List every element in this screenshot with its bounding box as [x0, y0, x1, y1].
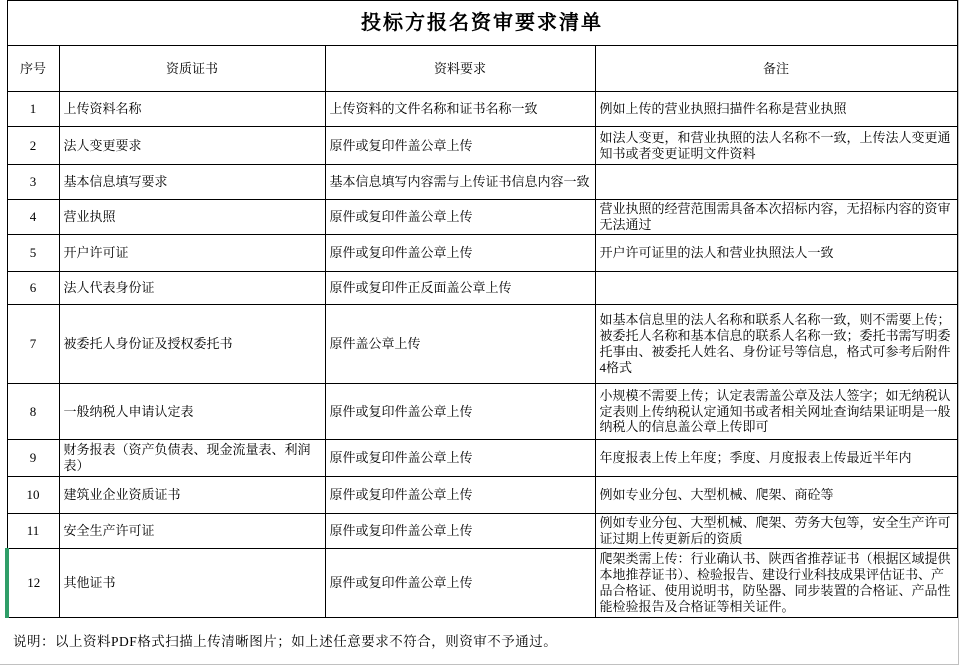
cert-cell: 营业执照 — [59, 200, 325, 235]
cert-cell: 法人变更要求 — [59, 127, 325, 165]
note-cell: 爬架类需上传：行业确认书、陕西省推荐证书（根据区域提供本地推荐证书）、检验报告、… — [595, 548, 957, 617]
row-no-cell: 11 — [7, 514, 59, 549]
table-row: 10建筑业企业资质证书原件或复印件盖公章上传例如专业分包、大型机械、爬架、商砼等 — [7, 477, 957, 514]
cert-cell: 一般纳税人申请认定表 — [59, 384, 325, 440]
cert-cell: 开户许可证 — [59, 235, 325, 272]
cert-cell: 基本信息填写要求 — [59, 165, 325, 200]
column-header-no: 序号 — [7, 46, 59, 92]
note-cell: 例如专业分包、大型机械、爬架、劳务大包等，安全生产许可证过期上传更新后的资质 — [595, 514, 957, 549]
row-no-cell: 7 — [7, 305, 59, 384]
table-row: 4营业执照原件或复印件盖公章上传营业执照的经营范围需具备本次招标内容，无招标内容… — [7, 200, 957, 235]
table-row: 2法人变更要求原件或复印件盖公章上传如法人变更，和营业执照的法人名称不一致，上传… — [7, 127, 957, 165]
row-no-cell: 2 — [7, 127, 59, 165]
requirements-table: 投标方报名资审要求清单 序号 资质证书 资料要求 备注 1上传资料名称上传资料的… — [5, 0, 958, 618]
table-row: 11安全生产许可证原件或复印件盖公章上传例如专业分包、大型机械、爬架、劳务大包等… — [7, 514, 957, 549]
requirement-cell: 原件或复印件盖公章上传 — [325, 548, 595, 617]
requirements-table-body: 1上传资料名称上传资料的文件名称和证书名称一致例如上传的营业执照扫描件名称是营业… — [7, 92, 957, 618]
table-row: 1上传资料名称上传资料的文件名称和证书名称一致例如上传的营业执照扫描件名称是营业… — [7, 92, 957, 127]
table-row: 7被委托人身份证及授权委托书原件盖公章上传如基本信息里的法人名称和联系人名称一致… — [7, 305, 957, 384]
table-row: 6法人代表身份证原件或复印件正反面盖公章上传 — [7, 272, 957, 305]
row-no-cell: 10 — [7, 477, 59, 514]
row-no-cell: 6 — [7, 272, 59, 305]
note-cell: 营业执照的经营范围需具备本次招标内容，无招标内容的资审无法通过 — [595, 200, 957, 235]
requirement-cell: 原件或复印件盖公章上传 — [325, 477, 595, 514]
table-row: 8一般纳税人申请认定表原件或复印件盖公章上传小规模不需要上传；认定表需盖公章及法… — [7, 384, 957, 440]
column-header-cert: 资质证书 — [59, 46, 325, 92]
row-no-cell: 8 — [7, 384, 59, 440]
row-no-cell: 4 — [7, 200, 59, 235]
row-no-cell: 5 — [7, 235, 59, 272]
requirement-cell: 基本信息填写内容需与上传证书信息内容一致 — [325, 165, 595, 200]
note-cell: 如法人变更，和营业执照的法人名称不一致，上传法人变更通知书或者变更证明文件资料 — [595, 127, 957, 165]
row-no-cell: 1 — [7, 92, 59, 127]
sheet: 投标方报名资审要求清单 序号 资质证书 资料要求 备注 1上传资料名称上传资料的… — [0, 0, 958, 650]
requirement-cell: 原件或复印件正反面盖公章上传 — [325, 272, 595, 305]
requirement-cell: 原件或复印件盖公章上传 — [325, 127, 595, 165]
cert-cell: 建筑业企业资质证书 — [59, 477, 325, 514]
header-row: 序号 资质证书 资料要求 备注 — [7, 46, 957, 92]
note-cell: 小规模不需要上传；认定表需盖公章及法人签字；如无纳税认定表则上传纳税认定通知书或… — [595, 384, 957, 440]
row-no-cell: 3 — [7, 165, 59, 200]
cert-cell: 被委托人身份证及授权委托书 — [59, 305, 325, 384]
cert-cell: 安全生产许可证 — [59, 514, 325, 549]
requirement-cell: 原件或复印件盖公章上传 — [325, 384, 595, 440]
table-row: 5开户许可证原件或复印件盖公章上传开户许可证里的法人和营业执照法人一致 — [7, 235, 957, 272]
requirement-cell: 原件或复印件盖公章上传 — [325, 200, 595, 235]
cert-cell: 其他证书 — [59, 548, 325, 617]
requirement-cell: 原件或复印件盖公章上传 — [325, 235, 595, 272]
row-no-cell: 9 — [7, 440, 59, 477]
note-cell: 开户许可证里的法人和营业执照法人一致 — [595, 235, 957, 272]
requirement-cell: 原件盖公章上传 — [325, 305, 595, 384]
table-row: 3基本信息填写要求基本信息填写内容需与上传证书信息内容一致 — [7, 165, 957, 200]
requirement-cell: 原件或复印件盖公章上传 — [325, 440, 595, 477]
footer-note: 说明：以上资料PDF格式扫描上传清晰图片；如上述任意要求不符合，则资审不予通过。 — [13, 630, 958, 650]
column-header-note: 备注 — [595, 46, 957, 92]
cert-cell: 法人代表身份证 — [59, 272, 325, 305]
row-no-cell: 12 — [7, 548, 59, 617]
note-cell: 例如上传的营业执照扫描件名称是营业执照 — [595, 92, 957, 127]
note-cell: 如基本信息里的法人名称和联系人名称一致，则不需要上传；被委托人名称和基本信息的联… — [595, 305, 957, 384]
requirement-cell: 原件或复印件盖公章上传 — [325, 514, 595, 549]
note-cell — [595, 272, 957, 305]
note-cell — [595, 165, 957, 200]
page-title: 投标方报名资审要求清单 — [7, 1, 957, 46]
title-row: 投标方报名资审要求清单 — [7, 1, 957, 46]
note-cell: 例如专业分包、大型机械、爬架、商砼等 — [595, 477, 957, 514]
requirement-cell: 上传资料的文件名称和证书名称一致 — [325, 92, 595, 127]
note-cell: 年度报表上传上年度；季度、月度报表上传最近半年内 — [595, 440, 957, 477]
column-header-req: 资料要求 — [325, 46, 595, 92]
cert-cell: 上传资料名称 — [59, 92, 325, 127]
table-row: 9财务报表（资产负债表、现金流量表、利润表）原件或复印件盖公章上传年度报表上传上… — [7, 440, 957, 477]
table-row: 12其他证书原件或复印件盖公章上传爬架类需上传：行业确认书、陕西省推荐证书（根据… — [7, 548, 957, 617]
cert-cell: 财务报表（资产负债表、现金流量表、利润表） — [59, 440, 325, 477]
